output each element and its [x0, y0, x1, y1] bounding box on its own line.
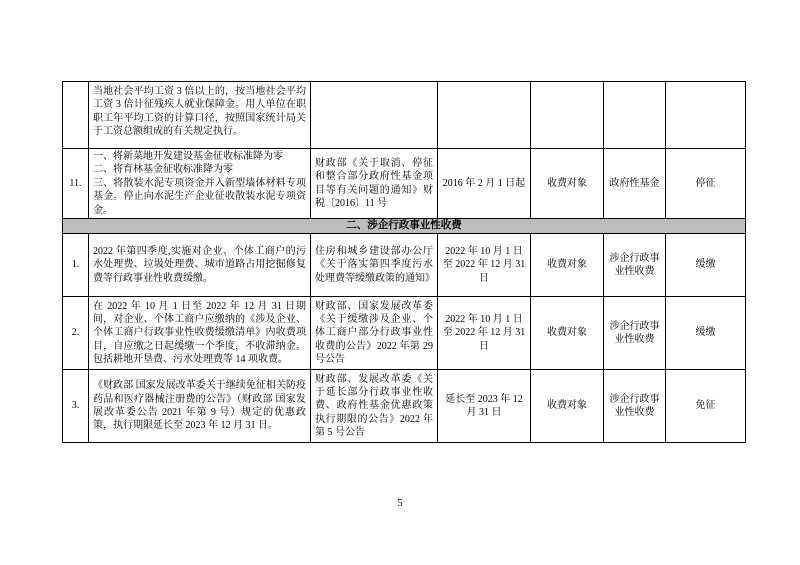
cell-policy-content: 一、将新菜地开发建设基金征收标准降为零 二、将育林基金征收标准降为零 三、将散装…	[89, 149, 311, 219]
cell-effective-date: 延长至 2023 年 12 月 31 日	[438, 370, 531, 443]
table-row-continuation: 当地社会平均工资 3 倍以上的，按当地社会平均工资 3 倍计征残疾人就业保障金。…	[63, 82, 746, 149]
section-header-row: 二、涉企行政事业性收费	[63, 219, 746, 234]
cell-action: 停征	[666, 149, 746, 219]
cell-row-no: 3.	[63, 370, 89, 443]
cell-fee-type: 涉企行政事业性收费	[604, 370, 666, 443]
cell-payer: 收费对象	[531, 370, 604, 443]
cell-policy-content: 2022 年第四季度,实施对企业、个体工商户的污水处理费、垃圾处理费、城市道路占…	[89, 234, 311, 297]
page-number: 5	[0, 498, 800, 509]
cell-fee-type: 涉企行政事业性收费	[604, 297, 666, 370]
table-row-3: 3. 《财政部 国家发展改革委关于继续免征相关防疫药品和医疗器械注册费的公告》（…	[63, 370, 746, 443]
cell-fee-type: 涉企行政事业性收费	[604, 234, 666, 297]
cell-policy-basis: 住房和城乡建设部办公厅《关于落实第四季度污水处理费等缓缴政策的通知》	[311, 234, 438, 297]
section-header-title: 二、涉企行政事业性收费	[63, 219, 746, 234]
cell-payer: 收费对象	[531, 297, 604, 370]
fee-policy-table: 当地社会平均工资 3 倍以上的，按当地社会平均工资 3 倍计征残疾人就业保障金。…	[62, 81, 746, 443]
table-row-11: 11. 一、将新菜地开发建设基金征收标准降为零 二、将育林基金征收标准降为零 三…	[63, 149, 746, 219]
cell-action: 缓缴	[666, 297, 746, 370]
cell-policy-content: 在 2022 年 10 月 1 日至 2022 年 12 月 31 日期间，对企…	[89, 297, 311, 370]
cell-row-no: 11.	[63, 149, 89, 219]
cell-row-no: 2.	[63, 297, 89, 370]
cell-action	[666, 82, 746, 149]
cell-policy-basis: 财政部、国家发展改革委《关于缓缴涉及企业、个体工商户部分行政事业性收费的公告》2…	[311, 297, 438, 370]
cell-policy-basis: 财政部、发展改革委《关于延长部分行政事业性收费、政府性基金优惠政策执行期限的公告…	[311, 370, 438, 443]
table-row-2: 2. 在 2022 年 10 月 1 日至 2022 年 12 月 31 日期间…	[63, 297, 746, 370]
cell-policy-basis	[311, 82, 438, 149]
cell-payer: 收费对象	[531, 149, 604, 219]
cell-action: 免征	[666, 370, 746, 443]
cell-action: 缓缴	[666, 234, 746, 297]
cell-payer	[531, 82, 604, 149]
cell-effective-date	[438, 82, 531, 149]
cell-row-no: 1.	[63, 234, 89, 297]
cell-payer: 收费对象	[531, 234, 604, 297]
cell-fee-type	[604, 82, 666, 149]
cell-effective-date: 2016 年 2 月 1 日起	[438, 149, 531, 219]
cell-effective-date: 2022 年 10 月 1 日至 2022 年 12 月 31 日	[438, 297, 531, 370]
cell-policy-content: 《财政部 国家发展改革委关于继续免征相关防疫药品和医疗器械注册费的公告》（财政部…	[89, 370, 311, 443]
cell-row-no	[63, 82, 89, 149]
cell-fee-type: 政府性基金	[604, 149, 666, 219]
document-page: 当地社会平均工资 3 倍以上的，按当地社会平均工资 3 倍计征残疾人就业保障金。…	[0, 0, 800, 565]
table-row-1: 1. 2022 年第四季度,实施对企业、个体工商户的污水处理费、垃圾处理费、城市…	[63, 234, 746, 297]
cell-policy-basis: 财政部《关于取消、停征和整合部分政府性基金项目等有关问题的通知》财税〔2016〕…	[311, 149, 438, 219]
cell-effective-date: 2022 年 10 月 1 日至 2022 年 12 月 31 日	[438, 234, 531, 297]
cell-policy-content: 当地社会平均工资 3 倍以上的，按当地社会平均工资 3 倍计征残疾人就业保障金。…	[89, 82, 311, 149]
